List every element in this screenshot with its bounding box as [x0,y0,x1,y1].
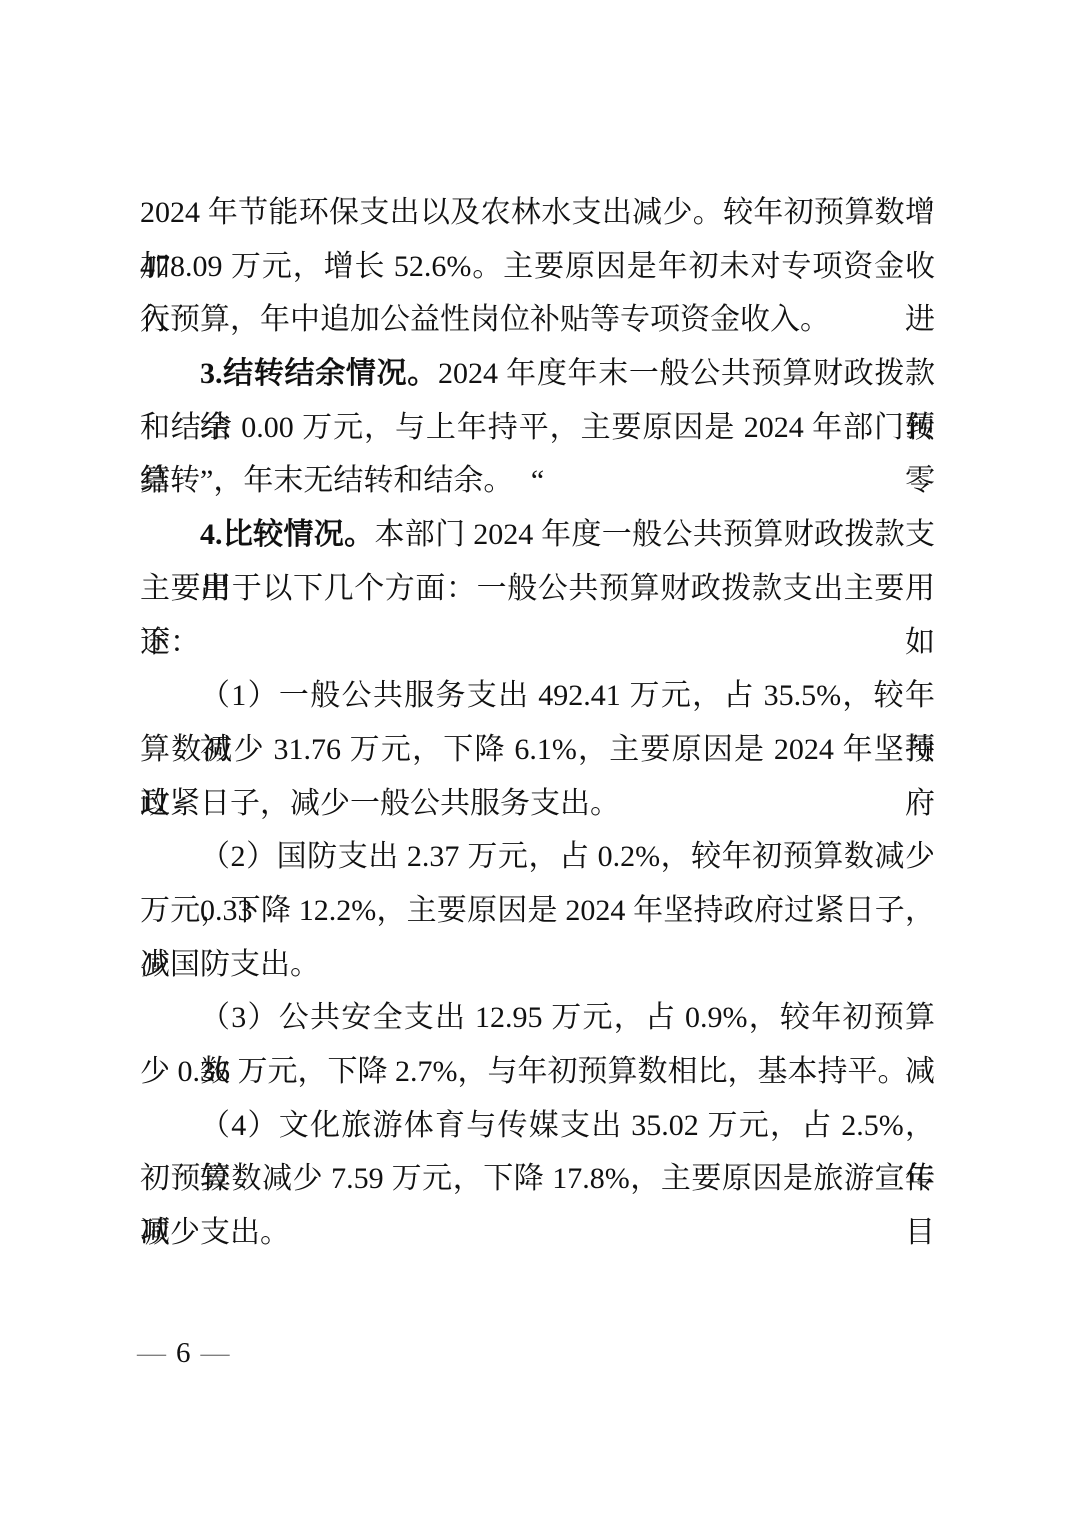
line-text: 过紧日子，减少一般公共服务支出。 [140,787,620,820]
text-line: （2）国防支出 2.37 万元，占 0.2%，较年初预算数减少 0.33 [140,830,935,884]
text-line: 和结余 0.00 万元，与上年持平，主要原因是 2024 年部门预算“零 [140,401,935,455]
line-text: 结转”，年末无结转和结余。 [140,464,513,497]
text-line: 2024 年节能环保支出以及农林水支出减少。较年初预算数增加 [140,186,935,240]
text-line: （3）公共安全支出 12.95 万元，占 0.9%，较年初预算数减 [140,991,935,1045]
text-line: 少国防支出。 [140,938,935,992]
text-line: 3.结转结余情况。2024 年度年末一般公共预算财政拨款结转 [140,347,935,401]
paragraph-heading: 4.比较情况。 [200,518,374,551]
line-text: 减少支出。 [140,1216,290,1249]
text-line: 万元，下降 12.2%，主要原因是 2024 年坚持政府过紧日子，减 [140,884,935,938]
paragraph-heading: 3.结转结余情况。 [200,357,438,390]
line-text: 下： [140,626,200,659]
line-text: 少国防支出。 [140,948,320,981]
text-line: 初预算数减少 7.59 万元，下降 17.8%，主要原因是旅游宣传项目 [140,1152,935,1206]
footer-dash-right: — [201,1337,230,1369]
text-line: （4）文化旅游体育与传媒支出 35.02 万元，占 2.5%，较年 [140,1099,935,1153]
text-line: 主要用于以下几个方面：一般公共预算财政拨款支出主要用途如 [140,562,935,616]
line-text: 主要用于以下几个方面：一般公共预算财政拨款支出主要用途如 [140,572,935,659]
text-line: 行预算，年中追加公益性岗位补贴等专项资金收入。 [140,293,935,347]
line-text: 行预算，年中追加公益性岗位补贴等专项资金收入。 [140,303,830,336]
document-page: 2024 年节能环保支出以及农林水支出减少。较年初预算数增加478.09 万元，… [0,0,1074,1520]
text-line: 少 0.36 万元，下降 2.7%，与年初预算数相比，基本持平。 [140,1045,935,1099]
document-body: 2024 年节能环保支出以及农林水支出减少。较年初预算数增加478.09 万元，… [140,186,935,1260]
text-line: （1）一般公共服务支出 492.41 万元，占 35.5%，较年初预 [140,669,935,723]
footer-dash-left: — [137,1337,166,1369]
text-line: 算数减少 31.76 万元，下降 6.1%，主要原因是 2024 年坚持政府 [140,723,935,777]
text-line: 478.09 万元，增长 52.6%。主要原因是年初未对专项资金收入进 [140,240,935,294]
line-text: 少 0.36 万元，下降 2.7%，与年初预算数相比，基本持平。 [140,1055,908,1088]
page-number: 6 [166,1337,201,1369]
page-footer: —6— [137,1335,230,1371]
text-line: 4.比较情况。本部门 2024 年度一般公共预算财政拨款支出 [140,508,935,562]
